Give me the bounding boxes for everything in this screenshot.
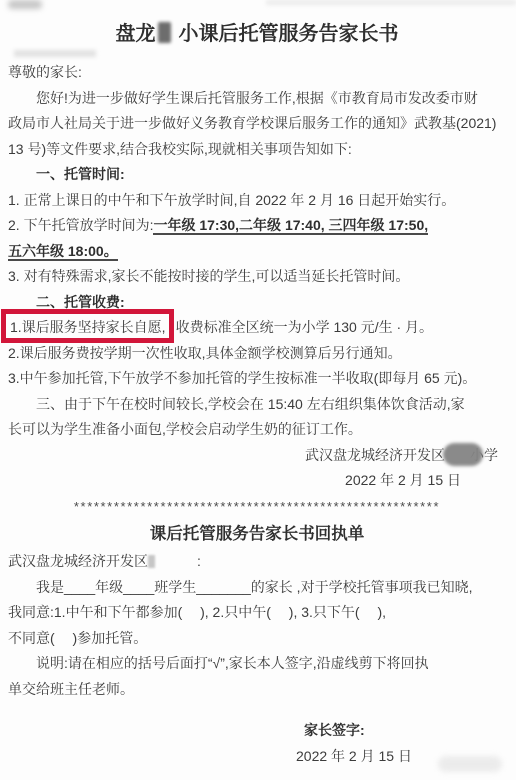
title-prefix: 盘龙 xyxy=(116,23,156,45)
document-page: 盘龙小课后托管服务告家长书 尊敬的家长: 您好!为进一步做好学生课后托管服务工作… xyxy=(0,0,516,780)
redaction-blur xyxy=(158,22,171,43)
salutation: 尊敬的家长: xyxy=(8,60,506,86)
intro-line: 13 号)等文件要求,结合我校实际,现就相关事项告知如下: xyxy=(8,137,506,163)
section1-heading: 一、托管时间: xyxy=(8,162,506,188)
receipt-addressee: 武汉盘龙城经济开发区: xyxy=(8,549,506,575)
section1-item2-label: 2. 下午托管放学时间为: xyxy=(8,217,153,233)
receipt-note: 单交给班主任老师。 xyxy=(8,677,506,703)
receipt-option-line: 我同意:1.中午和下午都参加( ), 2.只中午( ), 3.只下午( ), xyxy=(8,600,506,626)
section2-item2: 2.课后服务费按学期一次性收取,具体金额学校测算后另行通知。 xyxy=(8,341,506,367)
highlighted-text: 1.课后服务坚持家长自愿, xyxy=(10,319,166,335)
receipt-addressee-prefix: 武汉盘龙城经济开发区 xyxy=(8,553,148,569)
redaction-blur xyxy=(443,443,483,466)
page-title: 盘龙小课后托管服务告家长书 xyxy=(8,20,506,48)
schedule-underlined: 一年级 17:30,二年级 17:40, 三四年级 17:50, xyxy=(153,217,428,235)
school-signature: 武汉盘龙城经济开发区小学 xyxy=(8,443,506,469)
notice-date: 2022 年 2 月 15 日 xyxy=(8,468,506,494)
parent-sign-label: 家长签字: xyxy=(8,718,506,744)
intro-line: 您好!为进一步做好学生课后托管服务工作,根据《市教育局市发改委市财 xyxy=(8,86,506,112)
school-name-prefix: 武汉盘龙城经济开发区 xyxy=(305,447,445,463)
receipt-fill-line: 我是____年级____班学生_______的家长 ,对于学校托管事项我已知晓, xyxy=(8,575,506,601)
section3-line: 长可以为学生准备小面包,学校会启动学生奶的征订工作。 xyxy=(8,417,506,443)
scan-artifact xyxy=(8,0,42,9)
erased-text-fragment xyxy=(148,555,155,568)
section1-item1: 1. 正常上课日的中午和下午放学时间,自 2022 年 2 月 16 日起开始实… xyxy=(8,188,506,214)
receipt-option-line: 不同意( )参加托管。 xyxy=(8,626,506,652)
section2-item1-rest: 收费标准全区统一为小学 130 元/生 · 月。 xyxy=(176,319,433,335)
section2-item3: 3.中午参加托管,下午放学不参加托管的学生按标准一半收取(即每月 65 元)。 xyxy=(8,366,506,392)
receipt-addressee-colon: : xyxy=(197,553,201,569)
red-highlight-box: 1.课后服务坚持家长自愿, xyxy=(1,309,174,343)
scan-artifact xyxy=(14,50,96,57)
signature-block: 家长签字: 2022 年 2 月 15 日 xyxy=(8,718,506,769)
receipt-date: 2022 年 2 月 15 日 xyxy=(8,744,506,770)
receipt-title: 课后托管服务告家长书回执单 xyxy=(8,519,506,549)
intro-line: 政局市人社局关于进一步做好义务教育学校课后服务工作的通知》武教基(2021) xyxy=(8,111,506,137)
section2-item1: 1.课后服务坚持家长自愿,收费标准全区统一为小学 130 元/生 · 月。 xyxy=(8,315,506,341)
section3-line: 三、由于下午在校时间较长,学校会在 15:40 左右组织集体饮食活动,家 xyxy=(8,392,506,418)
scan-artifact xyxy=(266,0,516,5)
section1-item2: 2. 下午托管放学时间为:一年级 17:30,二年级 17:40, 三四年级 1… xyxy=(8,213,506,239)
receipt-note: 说明:请在相应的括号后面打“√”,家长本人签字,沿虚线剪下将回执 xyxy=(8,651,506,677)
divider-asterisks: ****************************************… xyxy=(8,494,506,520)
title-suffix: 小课后托管服务告家长书 xyxy=(179,23,399,45)
section1-item2-cont: 五六年级 18:00。 xyxy=(8,239,506,265)
section1-item3: 3. 对有特殊需求,家长不能按时接的学生,可以适当延长托管时间。 xyxy=(8,264,506,290)
schedule-underlined: 五六年级 18:00。 xyxy=(8,243,118,261)
